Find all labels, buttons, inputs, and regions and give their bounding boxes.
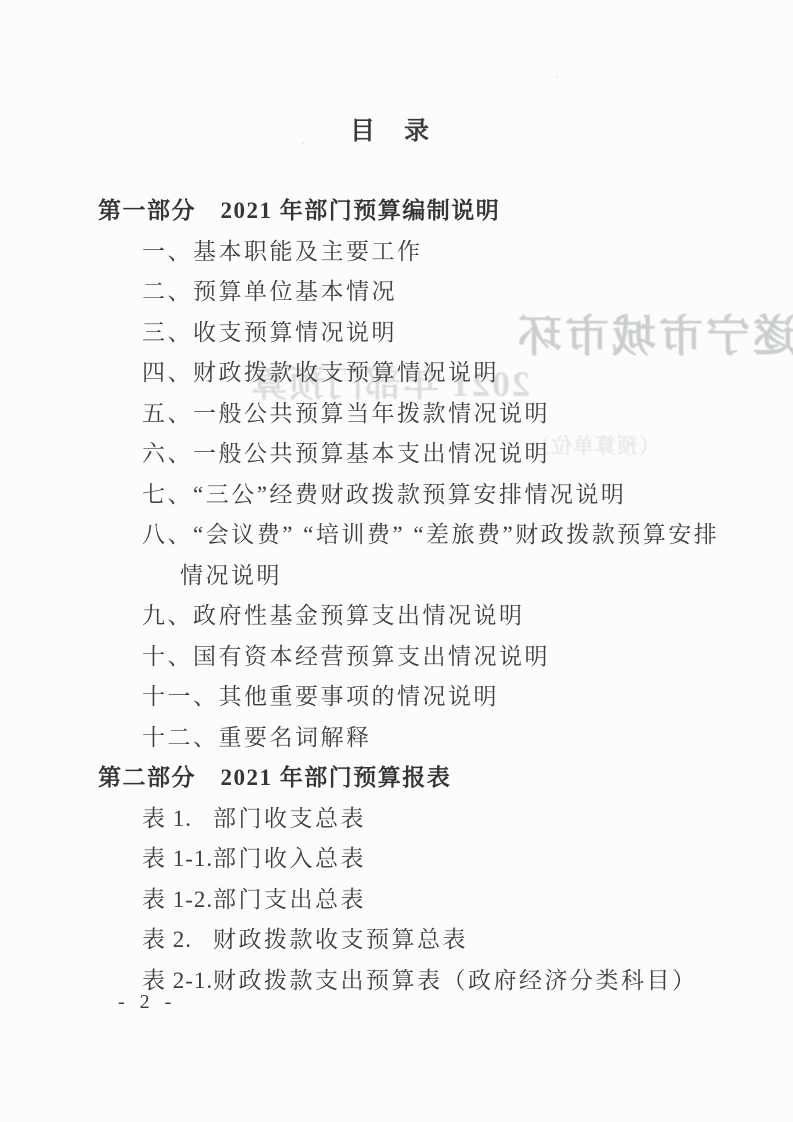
toc-item-8-continuation: 情况说明 — [0, 556, 793, 597]
toc-table-item-3: 表 1-2. 部门支出总表 — [0, 880, 793, 921]
toc-item-10: 十、国有资本经营预算支出情况说明 — [0, 637, 793, 678]
toc-item-2: 二、预算单位基本情况 — [0, 272, 793, 313]
toc-item-12: 十二、重要名词解释 — [0, 718, 793, 759]
table-title: 部门收支总表 — [213, 799, 366, 840]
table-title: 部门支出总表 — [213, 880, 366, 921]
page-title: 目 录 — [0, 111, 781, 147]
toc-item-6: 六、一般公共预算基本支出情况说明 — [0, 434, 793, 475]
table-title: 财政拨款收支预算总表 — [213, 920, 468, 961]
table-of-contents: 第一部分 2021 年部门预算编制说明 一、基本职能及主要工作 二、预算单位基本… — [0, 191, 793, 1001]
toc-item-11: 十一、其他重要事项的情况说明 — [0, 677, 793, 718]
toc-item-1: 一、基本职能及主要工作 — [0, 232, 793, 273]
page-number: - 2 - — [118, 991, 176, 1014]
toc-item-8: 八、“会议费” “培训费” “差旅费”财政拨款预算安排 — [0, 515, 793, 556]
scan-speckle — [556, 76, 558, 78]
toc-item-5: 五、一般公共预算当年拨款情况说明 — [0, 394, 793, 435]
toc-table-item-2: 表 1-1. 部门收入总表 — [0, 839, 793, 880]
toc-table-item-1: 表 1. 部门收支总表 — [0, 799, 793, 840]
toc-part2-header: 第二部分 2021 年部门预算报表 — [0, 758, 793, 799]
toc-table-item-4: 表 2. 财政拨款收支预算总表 — [0, 920, 793, 961]
toc-part1-header: 第一部分 2021 年部门预算编制说明 — [0, 191, 793, 232]
table-title: 部门收入总表 — [213, 839, 366, 880]
toc-item-4: 四、财政拨款收支预算情况说明 — [0, 353, 793, 394]
scanned-document-page: 遂宁市城市环 2021 年部门预算 （预算单位） 目 录 第一部分 2021 年… — [0, 0, 793, 1122]
toc-item-7: 七、“三公”经费财政拨款预算安排情况说明 — [0, 475, 793, 516]
table-label: 表 1. — [142, 799, 213, 840]
table-label: 表 1-2. — [142, 880, 213, 921]
toc-item-3: 三、收支预算情况说明 — [0, 313, 793, 354]
toc-item-9: 九、政府性基金预算支出情况说明 — [0, 596, 793, 637]
table-title: 财政拨款支出预算表（政府经济分类科目） — [213, 961, 698, 1002]
table-label: 表 1-1. — [142, 839, 213, 880]
table-label: 表 2. — [142, 920, 213, 961]
